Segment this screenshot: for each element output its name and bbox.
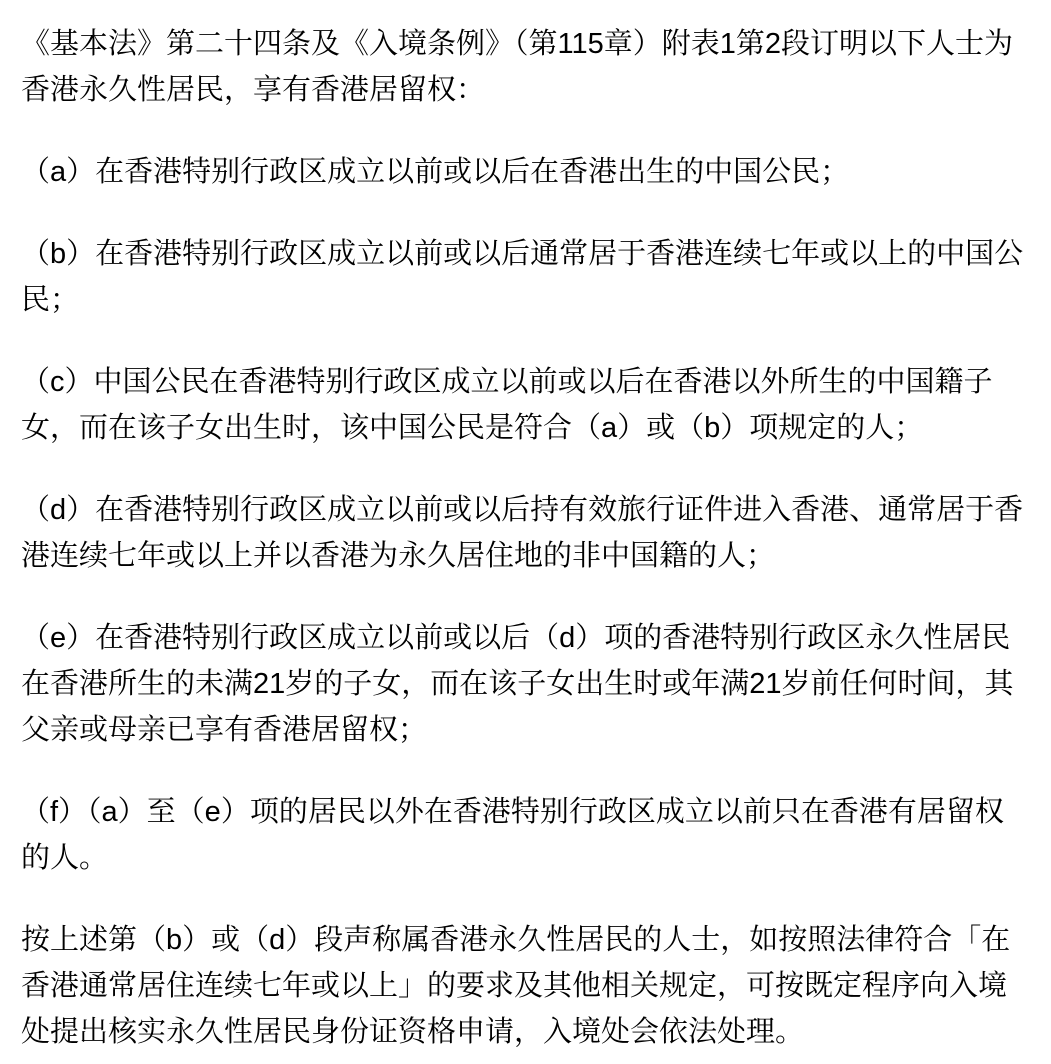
provision-item-e: （e）在香港特别行政区成立以前或以后（d）项的香港特别行政区永久性居民在香港所生…: [21, 615, 1031, 753]
provision-item-b: （b）在香港特别行政区成立以前或以后通常居于香港连续七年或以上的中国公民；: [21, 231, 1031, 323]
legal-text-document: 《基本法》第二十四条及《入境条例》（第115章）附表1第2段订明以下人士为香港永…: [0, 0, 1051, 1064]
provision-item-d: （d）在香港特别行政区成立以前或以后持有效旅行证件进入香港、通常居于香港连续七年…: [21, 487, 1031, 579]
provision-item-c: （c）中国公民在香港特别行政区成立以前或以后在香港以外所生的中国籍子女，而在该子…: [21, 359, 1031, 451]
provision-item-a: （a）在香港特别行政区成立以前或以后在香港出生的中国公民；: [21, 149, 1031, 195]
intro-paragraph: 《基本法》第二十四条及《入境条例》（第115章）附表1第2段订明以下人士为香港永…: [21, 21, 1031, 113]
provision-item-f: （f）（a）至（e）项的居民以外在香港特别行政区成立以前只在香港有居留权的人。: [21, 789, 1031, 881]
closing-paragraph: 按上述第（b）或（d）段声称属香港永久性居民的人士，如按照法律符合「在香港通常居…: [21, 917, 1031, 1055]
